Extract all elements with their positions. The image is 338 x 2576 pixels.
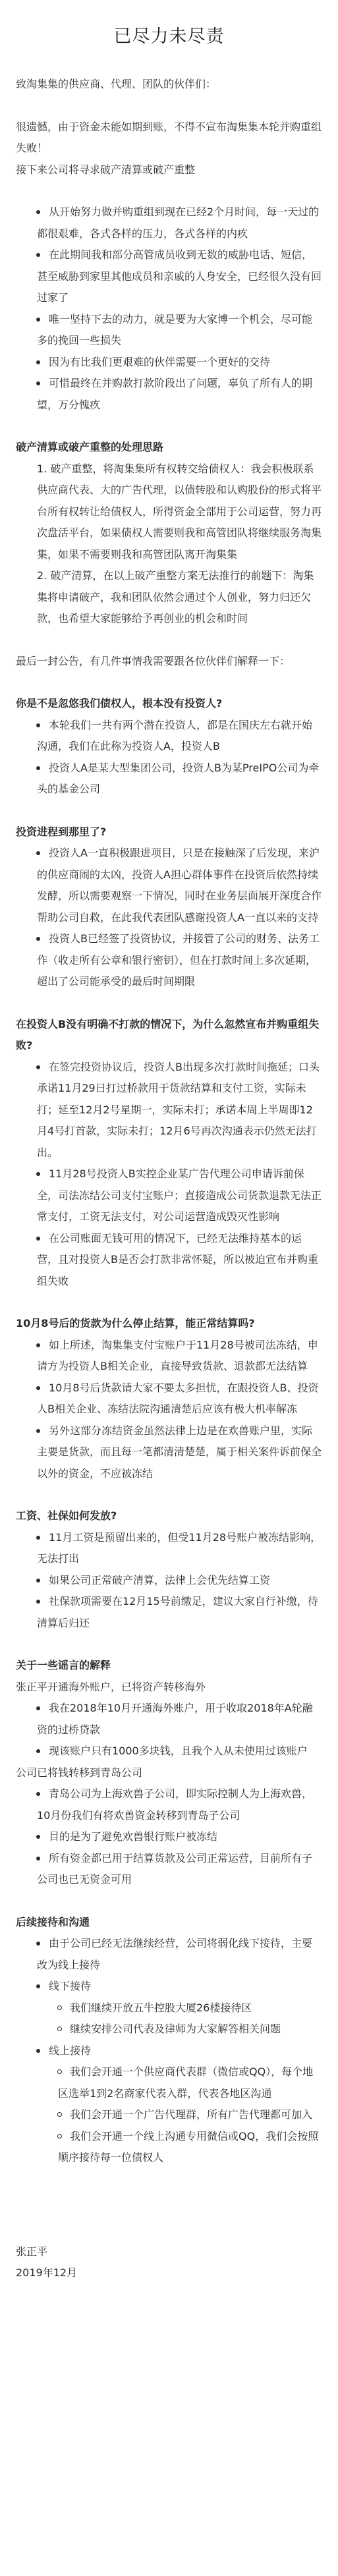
list-item: 我在2018年10月开通海外账户，用于收取2018年A轮融资的过桥贷款 [37,1698,322,1741]
rumor-1-list: 我在2018年10月开通海外账户，用于收取2018年A轮融资的过桥贷款 现该账户… [16,1698,322,1762]
list-item-online: 线上接待 [37,2040,322,2062]
faq-heading-5: 工资、社保如何发放? [16,1505,322,1527]
online-sublist: 我们会开通一个供应商代表群（微信或QQ），每个地区选举1到2名商家代表入群，代表… [37,2061,322,2169]
plan-numbered-list: 1. 破产重整，将淘集集所有权转交给债权人：我会积极联系供应商代表、大的广告代理… [16,459,322,630]
offline-sublist: 我们继续开放五牛控股大厦26楼接待区 继续安排公司代表及律师为大家解答相关问题 [37,1998,322,2040]
faq-2-list: 投资人A一直积极跟进项目，只是在接触深了后发现，来沪的供应商闹的太凶，投资人A担… [16,843,322,993]
intro-line-2: 接下来公司将寻求破产清算或破产重整 [16,159,322,181]
faq-heading-2: 投资进程到那里了? [16,822,322,843]
list-item: 可惜最终在并购款打款阶段出了问题，辜负了所有人的期望，万分愧疚 [37,373,322,416]
sub-list-item: 继续安排公司代表及律师为大家解答相关问题 [58,2019,322,2040]
list-item: 另外这部分冻结资金虽然法律上边是在欢兽账户里，实际主要是货款，而且每一笔都清清楚… [37,1420,322,1485]
faq-5-list: 11月工资是预留出来的，但受11月28号账户被冻结影响，无法打出 如果公司正常破… [16,1527,322,1635]
section-heading-followup: 后续接待和沟通 [16,1912,322,1934]
intro-bullet-list: 从开始努力做并购重组到现在已经2个月时间，每一天过的都很艰难，各式各样的压力，各… [16,202,322,416]
list-item: 如果公司正常破产清算，法律上会优先结算工资 [37,1570,322,1592]
rumor-2-list: 青岛公司为上海欢兽子公司，即实际控制人为上海欢兽，10月份我们有将欢兽资金转移到… [16,1783,322,1891]
faq-heading-3: 在投资人B没有明确不打款的情况下，为什么忽然宣布并购重组失败? [16,1014,322,1057]
announcement-document: 已尽力未尽责 致淘集集的供应商、代理、团队的伙伴们： 很遗憾，由于资金未能如期到… [0,0,338,2310]
list-item: 2. 破产清算，在以上破产重整方案无法推行的前题下：淘集集将申请破产，我和团队依… [37,565,322,630]
page-title: 已尽力未尽责 [16,24,322,50]
intro-line-1: 很遗憾，由于资金未能如期到账，不得不宣布淘集集本轮并购重组失败！ [16,117,322,159]
sub-list-item: 我们会开通一个线上沟通专用微信或QQ，我们会按照顺序接待每一位债权人 [58,2126,322,2169]
list-item: 唯一坚持下去的动力，就是要为大家博一个机会，尽可能多的挽回一些损失 [37,309,322,352]
list-item: 在公司账面无钱可用的情况下，已经无法维持基本的运营，且对投资人B是否会打款非常怀… [37,1228,322,1293]
list-item: 由于公司已经无法继续经营，公司将弱化线下接待，主要改为线上接待 [37,1933,322,1976]
sub-list-item: 我们继续开放五牛控股大厦26楼接待区 [58,1998,322,2019]
offline-label: 线下接待 [49,1980,91,1992]
faq-4-list: 如上所述，淘集集支付宝账户于11月28号被司法冻结，申请方为投资人B相关企业，直… [16,1335,322,1485]
online-label: 线上接待 [49,2044,91,2057]
list-item: 投资人A是某大型集团公司，投资人B为某PreIPO公司为牵头的基金公司 [37,758,322,800]
signature-date: 2019年12月 [16,2262,322,2284]
section-heading-rumors: 关于一些谣言的解释 [16,1655,322,1677]
rumor-claim-2: 公司已将钱转移到青岛公司 [16,1762,322,1784]
list-item: 投资人B已经签了投资协议，并接管了公司的财务、法务工作（收走所有公章和银行密钥）… [37,928,322,993]
list-item: 投资人A一直积极跟进项目，只是在接触深了后发现，来沪的供应商闹的太凶，投资人A担… [37,843,322,928]
sub-list-item: 我们会开通一个供应商代表群（微信或QQ），每个地区选举1到2名商家代表入群，代表… [58,2061,322,2104]
list-item: 从开始努力做并购重组到现在已经2个月时间，每一天过的都很艰难，各式各样的压力，各… [37,202,322,244]
list-item: 所有资金都已用于结算货款及公司正常运营，目前所有子公司也已无资金可用 [37,1848,322,1891]
list-item: 如上所述，淘集集支付宝账户于11月28号被司法冻结，申请方为投资人B相关企业，直… [37,1335,322,1378]
rumor-claim-1: 张正平开通海外账户，已将资产转移海外 [16,1677,322,1698]
list-item: 在签完投资协议后，投资人B出现多次打款时间拖延；口头承诺11月29日打过桥款用于… [37,1057,322,1164]
list-item: 青岛公司为上海欢兽子公司，即实际控制人为上海欢兽，10月份我们有将欢兽资金转移到… [37,1783,322,1826]
list-item: 社保款项需要在12月15号前缴足，建议大家自行补缴，待清算后归还 [37,1591,322,1634]
list-item: 目的是为了避免欢兽银行账户被冻结 [37,1826,322,1848]
list-item: 11月28号投资人B实控企业某广告代理公司申请诉前保全，司法冻结公司支付宝账户；… [37,1163,322,1228]
list-item: 在此期间我和部分高管成员收到无数的威胁电话、短信，甚至威胁到家里其他成员和亲戚的… [37,244,322,309]
list-item: 10月8号后货款请大家不要太多担忧，在跟投资人B、投资人B相关企业、冻结法院沟通… [37,1378,322,1420]
signature-name: 张正平 [16,2241,322,2263]
last-notice: 最后一封公告，有几件事情我需要跟各位伙伴们解释一下： [16,651,322,673]
followup-list: 由于公司已经无法继续经营，公司将弱化线下接待，主要改为线上接待 线下接待 [16,1933,322,1998]
list-item: 1. 破产重整，将淘集集所有权转交给债权人：我会积极联系供应商代表、大的广告代理… [37,459,322,566]
list-item: 因为有比我们更艰难的伙伴需要一个更好的交待 [37,352,322,374]
list-item: 现该账户只有1000多块钱，且我个人从未使用过该账户 [37,1741,322,1762]
sub-list-item: 我们会开通一个广告代理群，所有广告代理都可加入 [58,2104,322,2126]
signature-block: 张正平 2019年12月 [16,2241,322,2284]
faq-heading-1: 你是不是忽悠我们债权人，根本没有投资人? [16,693,322,715]
salutation: 致淘集集的供应商、代理、团队的伙伴们： [16,74,322,96]
section-heading-plan: 破产清算或破产重整的处理思路 [16,437,322,459]
list-item: 11月工资是预留出来的，但受11月28号账户被冻结影响，无法打出 [37,1527,322,1570]
faq-1-list: 本轮我们一共有两个潜在投资人，都是在国庆左右就开始沟通，我们在此称为投资人A，投… [16,715,322,800]
faq-heading-4: 10月8号后的货款为什么停止结算，能正常结算吗? [16,1313,322,1335]
followup-list-online: 线上接待 [16,2040,322,2062]
list-item-offline: 线下接待 [37,1976,322,1998]
faq-3-list: 在签完投资协议后，投资人B出现多次打款时间拖延；口头承诺11月29日打过桥款用于… [16,1057,322,1293]
list-item: 本轮我们一共有两个潜在投资人，都是在国庆左右就开始沟通，我们在此称为投资人A，投… [37,715,322,758]
